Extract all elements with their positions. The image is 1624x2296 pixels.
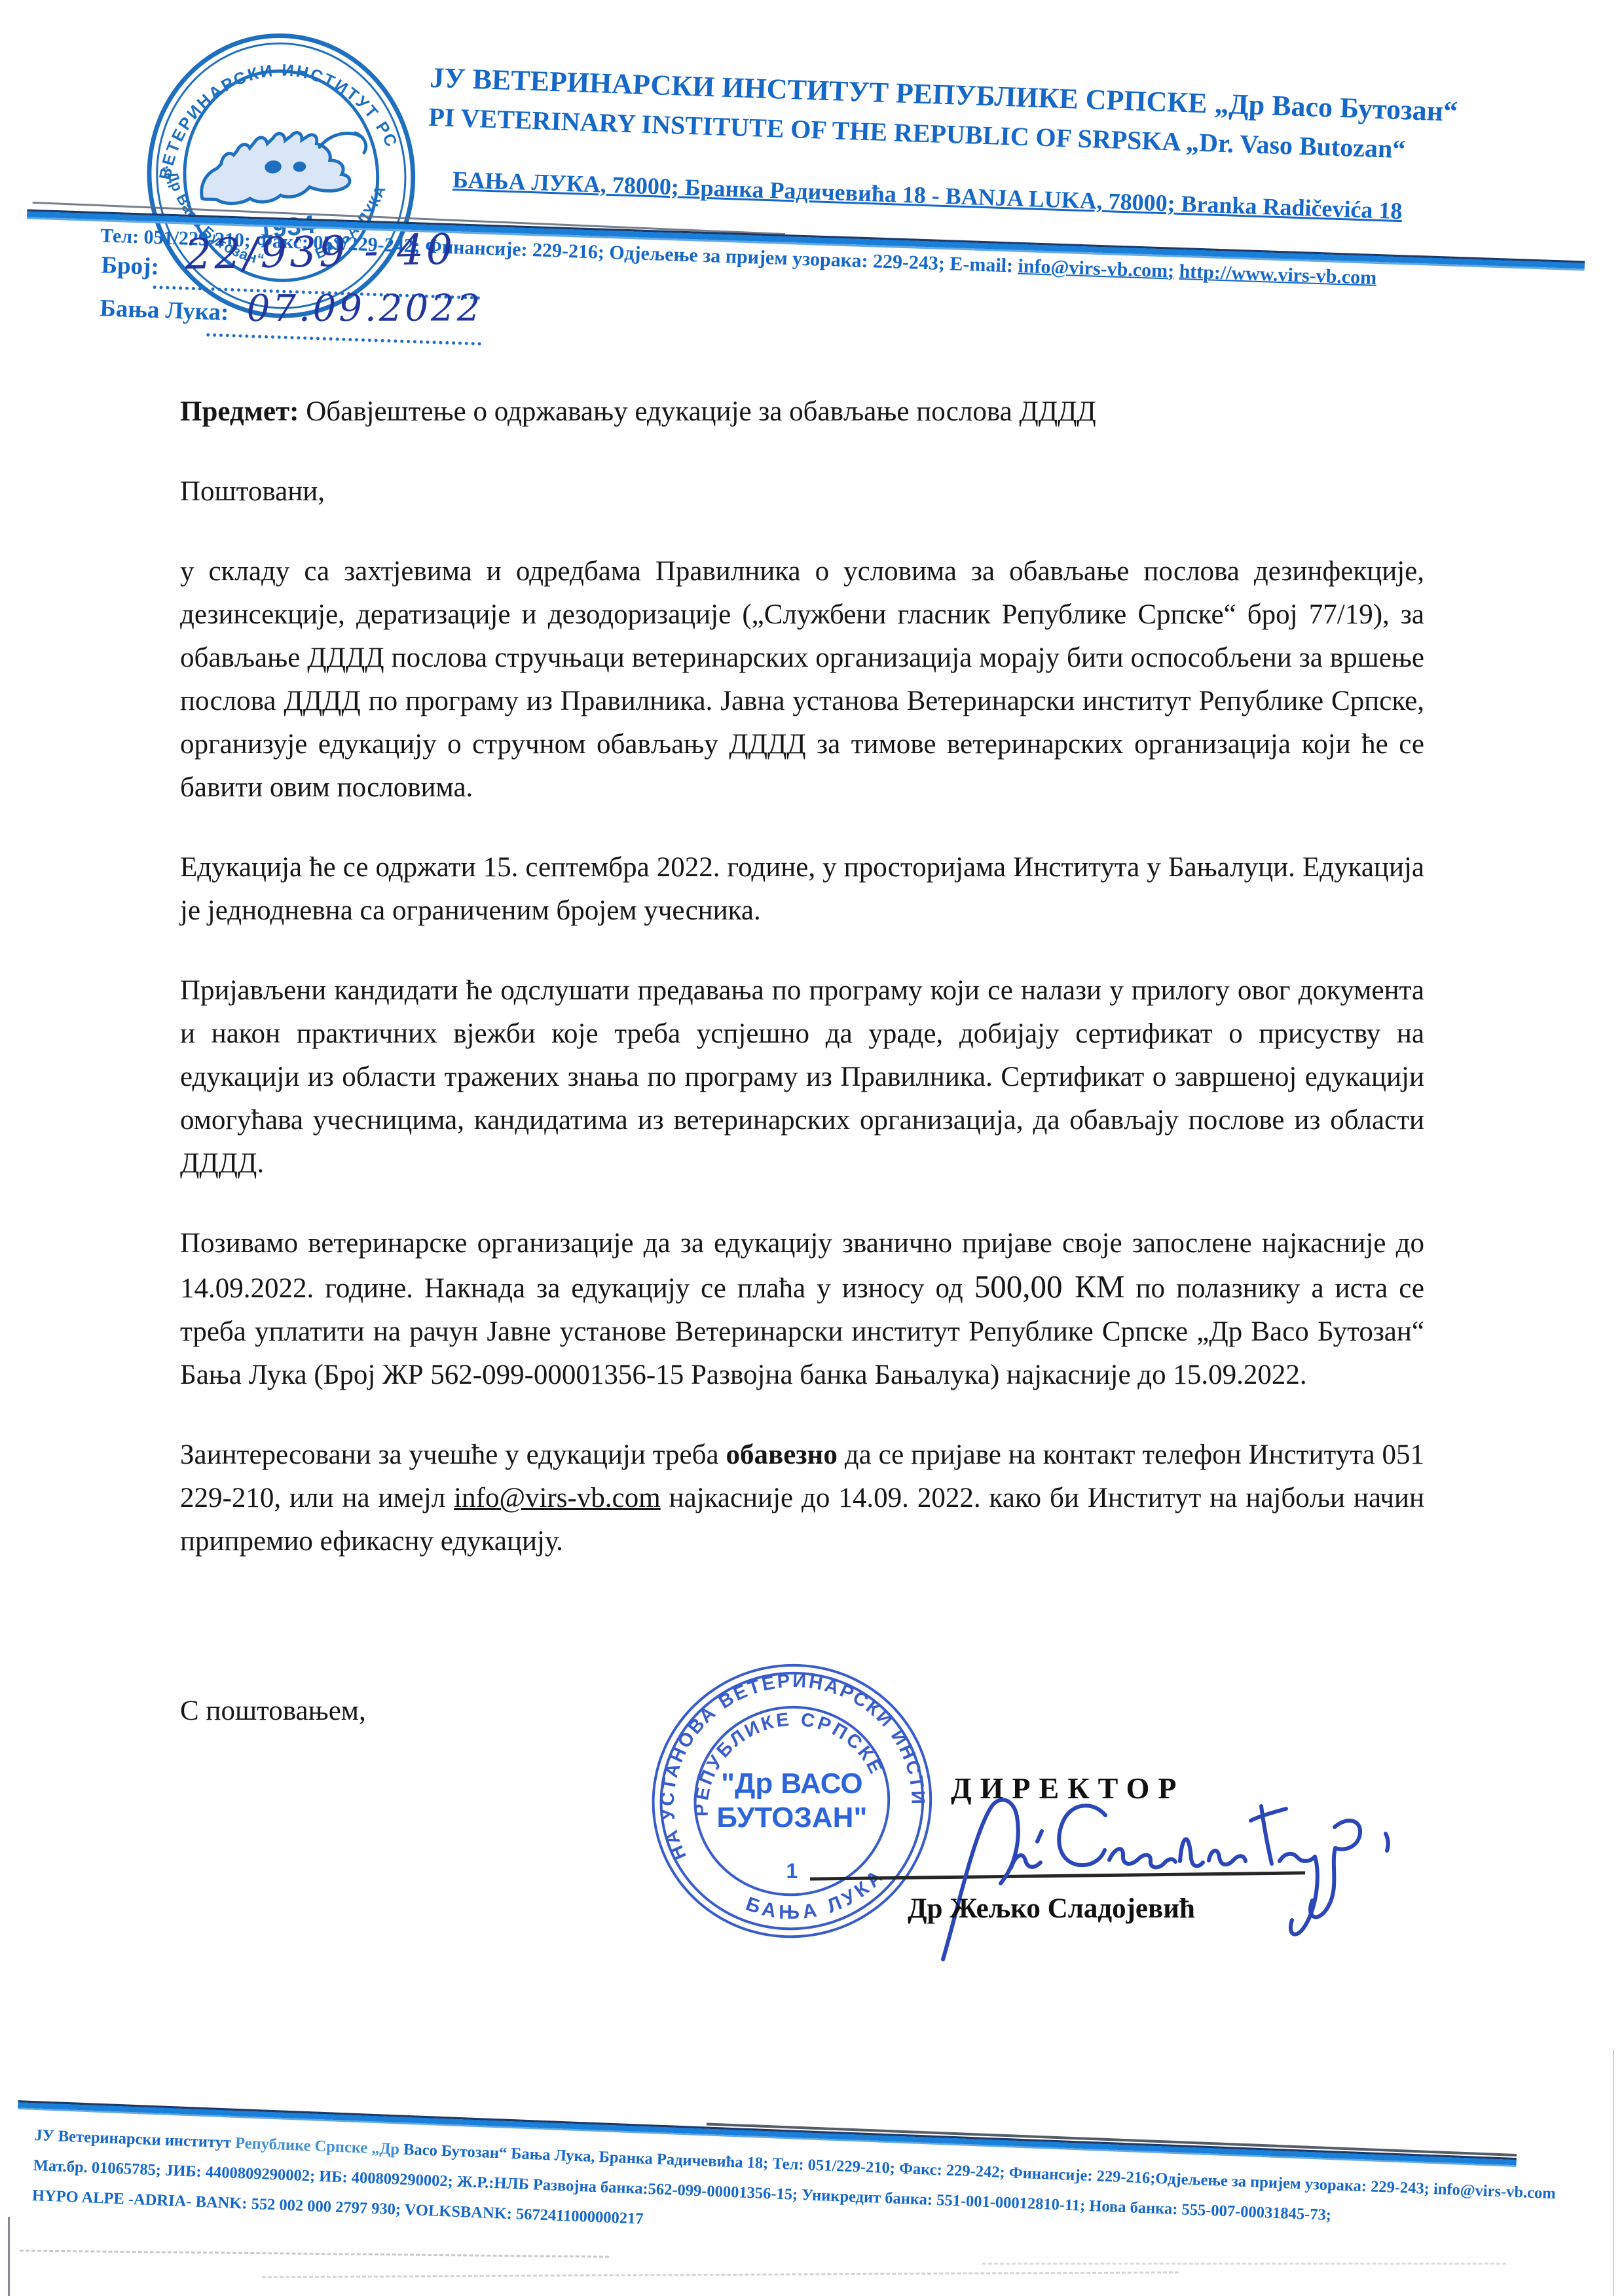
scanned-letter-page: ВЕТЕРИНАРСКИ ИНСТИТУТ РС „Др Васо Бутоза… <box>0 0 1624 2296</box>
stamp-center-line2: БУТОЗАН" <box>716 1802 867 1834</box>
dotted-line-date <box>206 333 481 346</box>
letterhead-titles: ЈУ ВЕТЕРИНАРСКИ ИНСТИТУТ РЕПУБЛИКЕ СРПСК… <box>426 58 1583 231</box>
contact-email: info@virs-vb.com; <box>1018 255 1175 282</box>
place-date-label: Бања Лука: <box>100 294 229 327</box>
scan-edge-left <box>8 2217 10 2296</box>
body-email: info@virs-vb.com <box>454 1483 660 1513</box>
handwritten-reference-number: 22/939 - 40 <box>185 225 456 279</box>
handwritten-date: 07.09.2022 <box>247 287 483 330</box>
paragraph-5-start: Заинтересовани за учешће у едукацији тре… <box>180 1439 726 1470</box>
closing-salutation: С поштовањем, <box>180 1695 366 1727</box>
institute-address-line: БАЊА ЛУКА, 78000; Бранка Радичевића 18 -… <box>426 165 1579 231</box>
mandatory-word: обавезно <box>726 1439 837 1470</box>
footer-line1-start: ЈУ Ветеринарски институт <box>34 2126 236 2152</box>
scan-noise <box>20 2250 609 2257</box>
footer-text: ЈУ Ветеринарски институт Републике Српск… <box>31 2120 1560 2269</box>
fee-amount: 500,00 КМ <box>974 1268 1125 1305</box>
signer-name: Др Жељко Сладојевић <box>908 1893 1195 1925</box>
contact-website: http://www.virs-vb.com <box>1179 261 1377 289</box>
scan-edge-right <box>1613 2050 1614 2296</box>
subject-line: Предмет: Обавјештење о одржавању едукаци… <box>180 390 1424 434</box>
reference-number-label: Број: <box>101 251 160 281</box>
paragraph-3: Пријављени кандидати ће одслушати предав… <box>180 969 1424 1185</box>
cow-silhouette-icon <box>196 124 371 208</box>
handwritten-signature <box>915 1768 1426 1971</box>
stamp-number: 1 <box>786 1859 798 1883</box>
letterhead: ВЕТЕРИНАРСКИ ИНСТИТУТ РС „Др Васо Бутоза… <box>0 0 1623 447</box>
footer-line1-highlight: Републике Српске „Др <box>235 2134 404 2158</box>
paragraph-4: Позивамо ветеринарске организације да за… <box>180 1222 1424 1397</box>
paragraph-1: у складу са захтјевима и одредбама Прави… <box>180 550 1424 809</box>
paragraph-2: Едукација ће се одржати 15. септембра 20… <box>180 846 1424 933</box>
paragraph-5: Заинтересовани за учешће у едукацији тре… <box>180 1434 1424 1563</box>
salutation: Поштовани, <box>180 470 1424 513</box>
stamp-center-line1: "Др ВАСО <box>721 1768 862 1800</box>
stamp-center-text: "Др ВАСО БУТОЗАН" 1 <box>716 1768 867 1883</box>
scan-noise <box>262 2271 1179 2278</box>
letter-body: Предмет: Обавјештење о одржавању едукаци… <box>180 390 1424 1563</box>
subject-label: Предмет: <box>180 396 299 427</box>
subject-text: Обавјештење о одржавању едукације за оба… <box>299 396 1096 427</box>
scan-noise <box>982 2263 1506 2265</box>
footer: ЈУ Ветеринарски институт Републике Српск… <box>0 2093 1623 2155</box>
